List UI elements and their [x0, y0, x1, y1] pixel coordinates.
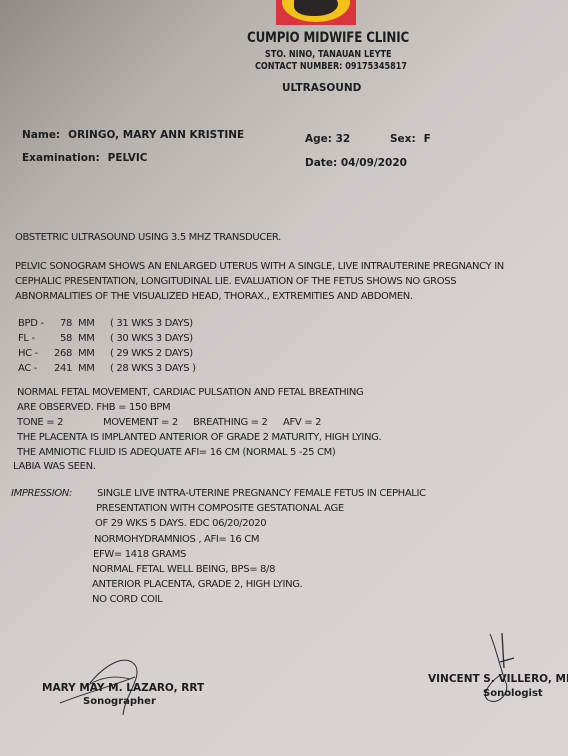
impression-line: NORMAL FETAL WELL BEING, BPS= 8/8	[92, 562, 426, 577]
biometry-measurements: BPD -78MM( 31 WKS 3 DAYS) FL -58MM( 30 W…	[18, 316, 196, 376]
score-movement: MOVEMENT = 2	[103, 415, 193, 430]
patient-age: 32	[336, 133, 351, 145]
date-label: Date:	[305, 157, 337, 169]
score-tone: TONE = 2	[17, 415, 103, 430]
impression-line: ANTERIOR PLACENTA, GRADE 2, HIGH LYING.	[92, 577, 426, 592]
fetal-observations: NORMAL FETAL MOVEMENT, CARDIAC PULSATION…	[17, 385, 381, 460]
observation-line: NORMAL FETAL MOVEMENT, CARDIAC PULSATION…	[17, 385, 381, 400]
measurement-row: HC -268MM( 29 WKS 2 DAYS)	[18, 346, 196, 361]
observation-line: ARE OBSERVED. FHB = 150 BPM	[17, 400, 381, 415]
findings-intro: OBSTETRIC ULTRASOUND USING 3.5 MHZ TRANS…	[15, 230, 281, 245]
placenta-finding: THE PLACENTA IS IMPLANTED ANTERIOR OF GR…	[17, 430, 381, 445]
amniotic-finding: THE AMNIOTIC FLUID IS ADEQUATE AFI= 16 C…	[17, 445, 381, 460]
impression-line: NO CORD COIL	[92, 592, 426, 607]
labia-finding: LABIA WAS SEEN.	[13, 459, 96, 474]
bps-scores: TONE = 2MOVEMENT = 2BREATHING = 2AFV = 2	[17, 415, 381, 430]
impression-line: EFW= 1418 GRAMS	[93, 547, 426, 562]
exam-label: Examination:	[22, 152, 100, 164]
name-label: Name:	[22, 129, 60, 141]
measurement-row: FL -58MM( 30 WKS 3 DAYS)	[18, 331, 196, 346]
score-afv: AFV = 2	[283, 417, 321, 428]
patient-name-field: Name:ORINGO, MARY ANN KRISTINE	[22, 129, 244, 141]
measurement-row: BPD -78MM( 31 WKS 3 DAYS)	[18, 316, 196, 331]
exam-date-field: Date: 04/09/2020	[305, 157, 407, 169]
examination-field: Examination:PELVIC	[22, 152, 148, 164]
clinic-contact: CONTACT NUMBER: 09175345817	[255, 61, 407, 72]
paragraph-line: ABNORMALITIES OF THE VISUALIZED HEAD, TH…	[15, 289, 504, 304]
clinic-logo	[276, 0, 356, 25]
patient-name: ORINGO, MARY ANN KRISTINE	[68, 129, 244, 141]
exam-date: 04/09/2020	[341, 157, 407, 169]
paragraph-line: PELVIC SONOGRAM SHOWS AN ENLARGED UTERUS…	[15, 259, 504, 274]
examination-type: PELVIC	[108, 152, 148, 164]
sex-label: Sex:	[390, 133, 416, 145]
impression-line: PRESENTATION WITH COMPOSITE GESTATIONAL …	[96, 501, 426, 516]
findings-paragraph: PELVIC SONOGRAM SHOWS AN ENLARGED UTERUS…	[15, 259, 504, 304]
sonographer-role: Sonographer	[83, 696, 156, 707]
impression-list: SINGLE LIVE INTRA-UTERINE PREGNANCY FEMA…	[97, 486, 426, 608]
impression-label: IMPRESSION:	[11, 486, 72, 501]
sonologist-name: VINCENT S. VILLERO, MD,	[428, 673, 568, 685]
impression-line: OF 29 WKS 5 DAYS. EDC 06/20/2020	[95, 516, 426, 531]
impression-line: SINGLE LIVE INTRA-UTERINE PREGNANCY FEMA…	[97, 486, 426, 501]
age-label: Age:	[305, 133, 332, 145]
patient-age-field: Age: 32	[305, 133, 350, 145]
report-title: ULTRASOUND	[282, 82, 361, 94]
clinic-address: STO. NIÑO, TANAUAN LEYTE	[265, 49, 392, 60]
score-breathing: BREATHING = 2	[193, 415, 283, 430]
patient-sex-field: Sex:F	[390, 133, 431, 145]
measurement-row: AC -241MM( 28 WKS 3 DAYS )	[18, 361, 196, 376]
patient-sex: F	[424, 133, 431, 145]
sonologist-role: Sonologist	[483, 688, 543, 699]
paragraph-line: CEPHALIC PRESENTATION, LONGITUDINAL LIE.…	[15, 274, 504, 289]
sonographer-name: MARY MAY M. LAZARO, RRT	[42, 682, 204, 694]
impression-line: NORMOHYDRAMNIOS , AFI= 16 CM	[94, 532, 426, 547]
clinic-name: CUMPIO MIDWIFE CLINIC	[247, 30, 409, 46]
